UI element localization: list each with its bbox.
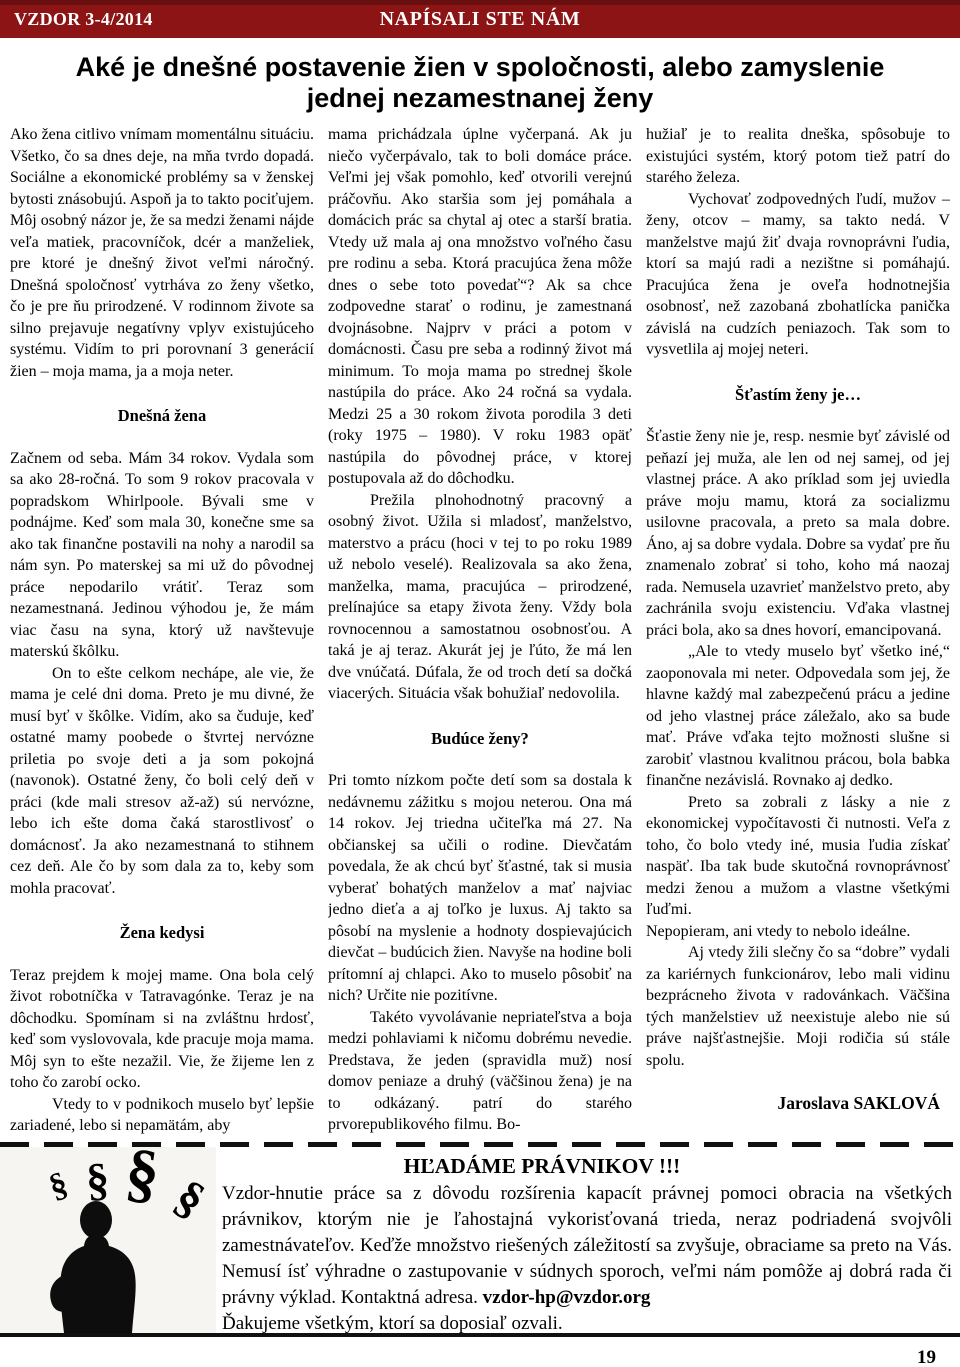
paragraph: Šťastie ženy nie je, resp. nesmie byť zá… [646, 426, 950, 641]
paragraph: Ako žena citlivo vnímam momentálnu situá… [10, 124, 314, 382]
notice-text: HĽADÁME PRÁVNIKOV !!! Vzdor-hnutie práce… [216, 1147, 960, 1333]
paragraph: Vychovať zodpovedných ľudí, mužov – ženy… [646, 189, 950, 361]
paragraph: Takéto vyvolávanie nepriateľstva a boja … [328, 1007, 632, 1136]
article-column-2: mama prichádzala úplne vyčerpaná. Ak ju … [328, 124, 632, 1136]
paragraph: Pri tomto nízkom počte detí som sa dosta… [328, 770, 632, 1007]
paragraph: Vtedy to v podnikoch muselo byť lepšie z… [10, 1094, 314, 1137]
notice-body: Vzdor-hnutie práce sa z dôvodu rozšíreni… [222, 1181, 952, 1311]
paragraph: Začnem od seba. Mám 34 rokov. Vydala som… [10, 448, 314, 663]
paragraph: Nepopieram, ani vtedy to nebolo ideálne. [646, 921, 950, 943]
section-title: NAPÍSALI STE NÁM [0, 8, 960, 31]
article-body: Ako žena citlivo vnímam momentálnu situá… [0, 124, 960, 1136]
subheading-dnesna-zena: Dnešná žena [10, 405, 314, 427]
paragraph: „Ale to vtedy muselo byť všetko iné,“ za… [646, 641, 950, 792]
notice-box: § § § § HĽADÁME PRÁVNIKOV !!! Vzdor-hnut… [0, 1147, 960, 1337]
paragraph: hužiaľ je to realita dneška, spôsobuje t… [646, 124, 950, 189]
masthead-bar: VZDOR 3-4/2014 NAPÍSALI STE NÁM [0, 0, 960, 38]
article-title-line-1: Aké je dnešné postavenie žien v spoločno… [20, 52, 940, 83]
paragraph: mama prichádzala úplne vyčerpaná. Ak ju … [328, 124, 632, 490]
notice-thanks: Ďakujeme všetkým, ktorí sa doposiaľ ozva… [222, 1311, 952, 1337]
person-silhouette-illustration: § § § § [0, 1147, 216, 1333]
subheading-stastim-zeny-je: Šťastím ženy je… [646, 384, 950, 406]
paragraph: Prežila plnohodnotný pracovný a osobný ž… [328, 490, 632, 705]
person-silhouette-icon [0, 1183, 216, 1333]
article-column-3: hužiaľ je to realita dneška, spôsobuje t… [646, 124, 950, 1136]
paragraph: Aj vtedy žili slečny čo sa “dobre” vydal… [646, 942, 950, 1071]
author-signature: Jaroslava SAKLOVÁ [777, 1093, 940, 1115]
article-title: Aké je dnešné postavenie žien v spoločno… [20, 52, 940, 114]
article-title-line-2: jednej nezamestnanej ženy [20, 83, 940, 114]
subheading-zena-kedysi: Žena kedysi [10, 922, 314, 944]
article-column-1: Ako žena citlivo vnímam momentálnu situá… [10, 124, 314, 1136]
notice-contact-email: vzdor-hp@vzdor.org [483, 1287, 651, 1308]
subheading-buduce-zeny: Budúce ženy? [328, 728, 632, 750]
paragraph: On to ešte celkom nechápe, ale vie, že m… [10, 663, 314, 900]
notice-heading: HĽADÁME PRÁVNIKOV !!! [222, 1153, 862, 1179]
paragraph: Teraz prejdem k mojej mame. Ona bola cel… [10, 965, 314, 1094]
newspaper-page: { "colors": { "masthead_bg": "#8d1414", … [0, 0, 960, 1367]
page-number: 19 [917, 1347, 936, 1367]
page-footer: 19 [0, 1337, 960, 1367]
paragraph: Preto sa zobrali z lásky a nie z ekonomi… [646, 792, 950, 921]
